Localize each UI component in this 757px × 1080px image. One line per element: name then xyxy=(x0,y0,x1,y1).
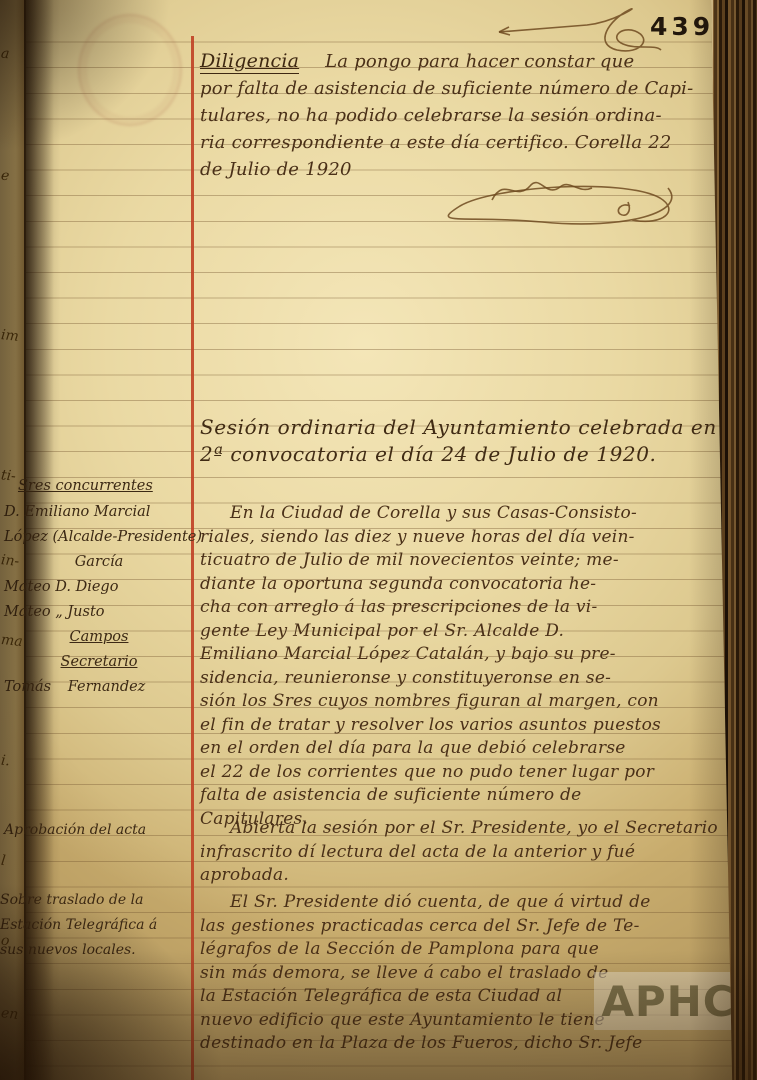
text-line: en el orden del día para la que debió ce… xyxy=(200,737,718,761)
text-line: sus nuevos locales. xyxy=(0,938,190,963)
text-line: sión los Sres cuyos nombres figuran al m… xyxy=(200,690,718,714)
text-line: Campos xyxy=(4,625,194,650)
text-line: López (Alcalde-Presidente) xyxy=(4,525,194,550)
diligencia-first-line-text: La pongo para hacer constar que xyxy=(325,51,634,72)
text-line: cha con arreglo á las prescripciones de … xyxy=(200,596,718,620)
margin-note-acta: Aprobación del acta xyxy=(4,818,194,843)
text-line: e xyxy=(0,168,10,185)
text-line: infrascrito dí lectura del acta de la an… xyxy=(200,841,718,865)
text-line: Secretario xyxy=(4,650,194,675)
text-line: Mateo D. Diego xyxy=(4,575,194,600)
text-line: el fin de tratar y resolver los varios a… xyxy=(200,714,718,738)
session-heading: Sesión ordinaria del Ayuntamiento celebr… xyxy=(200,414,720,467)
text-line: gente Ley Municipal por el Sr. Alcalde D… xyxy=(200,620,718,644)
attendees-title: Sres concurrentes xyxy=(18,474,194,499)
text-line: En la Ciudad de Corella y sus Casas-Cons… xyxy=(200,502,718,526)
text-line: El Sr. Presidente dió cuenta, de que á v… xyxy=(200,891,718,915)
text-line: diante la oportuna segunda convocatoria … xyxy=(200,573,718,597)
diligencia-first-line: DiligenciaLa pongo para hacer constar qu… xyxy=(200,48,720,75)
session-heading-line1: Sesión ordinaria del Ayuntamiento celebr… xyxy=(200,414,720,441)
text-line: a xyxy=(0,46,10,63)
archive-watermark: APHC xyxy=(594,972,742,1030)
margin-note-attendees: Sres concurrentes D. Emiliano MarcialLóp… xyxy=(4,474,194,700)
text-line: Abierta la sesión por el Sr. Presidente,… xyxy=(200,817,718,841)
text-line: en xyxy=(0,1005,19,1023)
text-line: el 22 de los corrientes que no pudo tene… xyxy=(200,761,718,785)
text-line: tulares, no ha podido celebrarse la sesi… xyxy=(200,102,720,129)
attendees-list: D. Emiliano MarcialLópez (Alcalde-Presid… xyxy=(4,500,194,700)
text-line: por falta de asistencia de suficiente nú… xyxy=(200,75,720,102)
body-paragraph-opening: En la Ciudad de Corella y sus Casas-Cons… xyxy=(200,502,718,831)
text-line: l xyxy=(0,853,6,869)
text-line: im xyxy=(0,327,19,345)
page-number: 439 xyxy=(650,12,714,41)
text-line: légrafos de la Sección de Pamplona para … xyxy=(200,938,718,962)
text-line: Emiliano Marcial López Catalán, y bajo s… xyxy=(200,643,718,667)
body-paragraph-acta: Abierta la sesión por el Sr. Presidente,… xyxy=(200,817,718,888)
text-line: García xyxy=(4,550,194,575)
text-line: aprobada. xyxy=(200,864,718,888)
margin-note-traslado: Sobre traslado de laEstación Telegráfica… xyxy=(0,888,190,963)
text-line: D. Emiliano Marcial xyxy=(4,500,194,525)
diligencia-label: Diligencia xyxy=(200,50,299,74)
text-line: Tomás Fernandez xyxy=(4,675,194,700)
text-line: Sobre traslado de la xyxy=(0,888,190,913)
text-line: sidencia, reunieronse y constituyeronse … xyxy=(200,667,718,691)
text-line: i. xyxy=(0,753,11,770)
text-line: falta de asistencia de suficiente número… xyxy=(200,784,718,808)
session-heading-line2: 2ª convocatoria el día 24 de Julio de 19… xyxy=(200,441,720,468)
text-line: Estación Telegráfica á xyxy=(0,913,190,938)
manuscript-page-photo: aeimti-in-mai.loen 439 DiligenciaLa pong… xyxy=(0,0,757,1080)
text-line: las gestiones practicadas cerca del Sr. … xyxy=(200,915,718,939)
text-line: ticuatro de Julio de mil novecientos vei… xyxy=(200,549,718,573)
text-line: destinado en la Plaza de los Fueros, dic… xyxy=(200,1032,718,1056)
signature-flourish-icon xyxy=(420,160,690,235)
text-line: Mateo „ Justo xyxy=(4,600,194,625)
text-line: riales, siendo las diez y nueve horas de… xyxy=(200,526,718,550)
text-line: ria correspondiente a este día certifico… xyxy=(200,129,720,156)
faint-stamp-mark-icon xyxy=(78,14,182,126)
